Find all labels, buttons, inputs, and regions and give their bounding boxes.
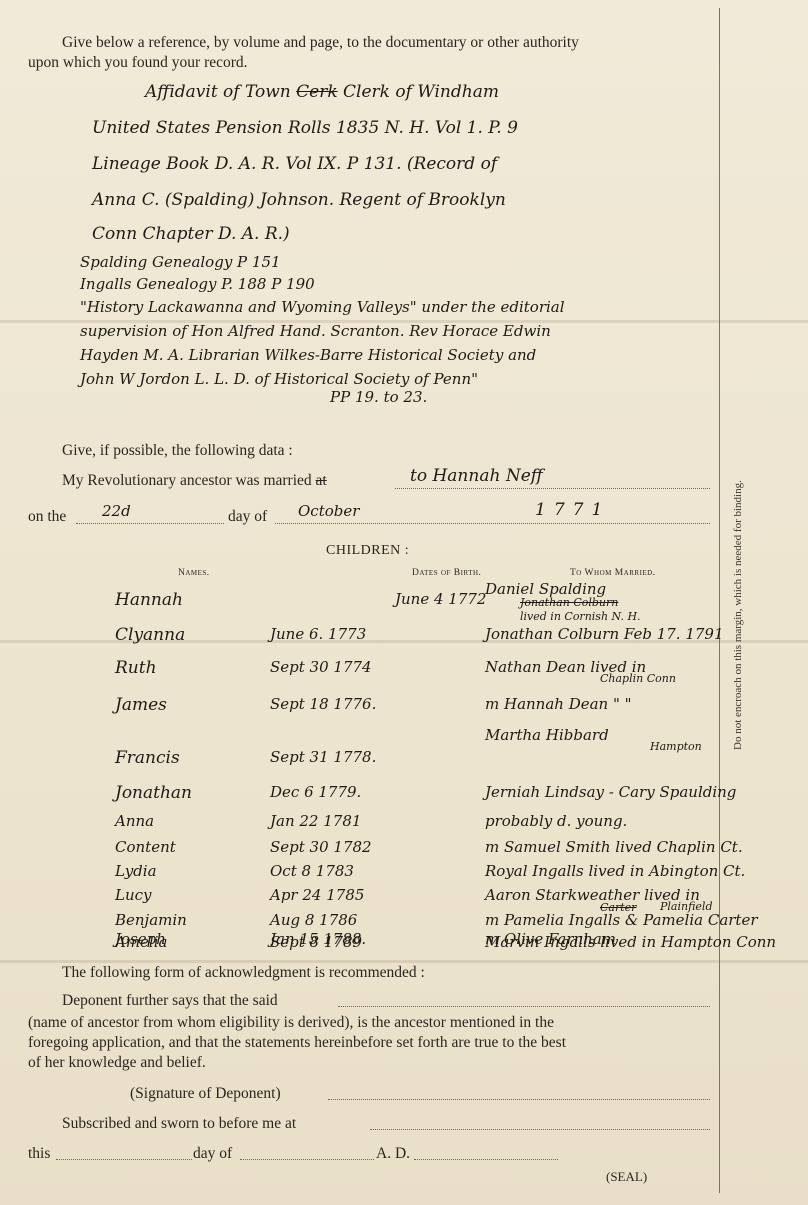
day-value: 22d xyxy=(102,502,131,520)
signature-label: (Signature of Deponent) xyxy=(130,1083,281,1104)
married-label: My Revolutionary ancestor was married at xyxy=(62,470,327,491)
marriage-intro: Give, if possible, the following data : xyxy=(62,440,293,461)
struck-spouse: Carter xyxy=(600,901,636,914)
sworn-label: Subscribed and sworn to before me at xyxy=(62,1113,296,1134)
ref-line-11: John W Jordon L. L. D. of Historical Soc… xyxy=(80,370,478,388)
ref-line-5: Conn Chapter D. A. R.) xyxy=(92,224,290,244)
binding-margin-line xyxy=(719,8,720,1193)
column-header-birth: Dates of Birth. xyxy=(412,568,481,578)
child-name: Benjamin xyxy=(115,911,187,929)
on-the-label: on the xyxy=(28,506,66,527)
struck-word: Cerk xyxy=(296,82,338,102)
sworn-day-field[interactable] xyxy=(56,1159,192,1160)
month-year-field-line[interactable] xyxy=(275,523,710,524)
child-birth-date: June 4 1772 xyxy=(395,590,486,608)
binding-margin-note: Do not encroach on this margin, which is… xyxy=(724,490,754,750)
ref-line-4: Anna C. (Spalding) Johnson. Regent of Br… xyxy=(92,190,506,210)
column-header-names: Names. xyxy=(178,568,210,578)
child-birth-date: Aug 8 1786 xyxy=(270,911,357,929)
child-spouse: probably d. young. xyxy=(485,812,627,830)
spouse-field-line[interactable] xyxy=(395,488,710,489)
sworn-month-field[interactable] xyxy=(240,1159,374,1160)
ref-line-9: supervision of Hon Alfred Hand. Scranton… xyxy=(80,322,551,340)
child-note: Hampton xyxy=(650,740,702,753)
child-name: Francis xyxy=(115,748,180,768)
month-value: October xyxy=(298,502,359,520)
year-value: 1771 xyxy=(535,500,610,520)
child-birth-date: Sept 31 1778. xyxy=(270,748,376,766)
child-name: Anna xyxy=(115,812,154,830)
child-name: Hannah xyxy=(115,590,183,610)
child-note: Chaplin Conn xyxy=(600,672,676,685)
child-name: James xyxy=(115,695,167,715)
seal-label: (SEAL) xyxy=(606,1166,647,1187)
reference-instruction-1: Give below a reference, by volume and pa… xyxy=(62,32,579,53)
ref-line-8: "History Lackawanna and Wyoming Valleys"… xyxy=(80,298,565,316)
child-birth-date: Apr 24 1785 xyxy=(270,886,364,904)
child-spouse: Royal Ingalls lived in Abington Ct. xyxy=(485,862,745,880)
child-name: Jonathan xyxy=(115,783,192,803)
ref-line-6: Spalding Genealogy P 151 xyxy=(80,253,281,271)
child-birth-date: June 6. 1773 xyxy=(270,625,366,643)
child-birth-date: Jan 22 1781 xyxy=(270,812,361,830)
children-title: CHILDREN : xyxy=(326,540,409,561)
ref-line-3: Lineage Book D. A. R. Vol IX. P 131. (Re… xyxy=(92,154,497,174)
struck-spouse: Jonathan Colburn xyxy=(520,596,618,609)
ref-line-2: United States Pension Rolls 1835 N. H. V… xyxy=(92,118,518,138)
this-label: this xyxy=(28,1143,50,1164)
ack-intro: The following form of acknowledgment is … xyxy=(62,962,425,983)
ref-line-12: PP 19. to 23. xyxy=(330,388,427,406)
child-name: Lydia xyxy=(115,862,157,880)
column-header-married: To Whom Married. xyxy=(570,568,656,578)
ad-label: A. D. xyxy=(376,1143,410,1164)
day-of-label: day of xyxy=(228,506,267,527)
child-name: Amelia xyxy=(115,933,167,951)
child-note: lived in Cornish N. H. xyxy=(520,610,641,623)
child-birth-date: Oct 8 1783 xyxy=(270,862,354,880)
sworn-year-field[interactable] xyxy=(414,1159,558,1160)
reference-instruction-2: upon which you found your record. xyxy=(28,52,248,73)
child-birth-date: Sept 30 1782 xyxy=(270,838,372,856)
child-name: Lucy xyxy=(115,886,152,904)
sworn-day-of-label: day of xyxy=(193,1143,232,1164)
child-spouse: Jonathan Colburn Feb 17. 1791 xyxy=(485,625,724,643)
child-name: Ruth xyxy=(115,658,157,678)
day-field-line[interactable] xyxy=(76,523,224,524)
ref-line-10: Hayden M. A. Librarian Wilkes-Barre Hist… xyxy=(80,346,536,364)
child-birth-date: Dec 6 1779. xyxy=(270,783,361,801)
child-spouse: m Samuel Smith lived Chaplin Ct. xyxy=(485,838,743,856)
child-spouse: Martha Hibbard xyxy=(485,726,609,744)
sworn-location-field[interactable] xyxy=(370,1129,710,1130)
struck-at: at xyxy=(316,472,327,489)
child-spouse: Jerniah Lindsay - Cary Spaulding xyxy=(485,783,736,801)
ref-line-7: Ingalls Genealogy P. 188 P 190 xyxy=(80,275,315,293)
child-name: Content xyxy=(115,838,176,856)
child-spouse: Marvin Ingalls lived in Hampton Conn xyxy=(485,933,776,951)
child-birth-date: Sept 30 1774 xyxy=(270,658,372,676)
margin-note-text: Do not encroach on this margin, which is… xyxy=(732,480,744,750)
ancestor-name-field[interactable] xyxy=(338,1006,710,1007)
ack-body-2: foregoing application, and that the stat… xyxy=(28,1032,566,1053)
ack-body-1: (name of ancestor from whom eligibility … xyxy=(28,1012,554,1033)
spouse-value: to Hannah Neff xyxy=(410,466,543,486)
signature-field[interactable] xyxy=(328,1099,710,1100)
ref-line-1: Affidavit of Town Cerk Clerk of Windham xyxy=(145,82,499,102)
deponent-label: Deponent further says that the said xyxy=(62,990,278,1011)
ack-body-3: of her knowledge and belief. xyxy=(28,1052,206,1073)
married-label-text: My Revolutionary ancestor was married xyxy=(62,472,312,489)
child-name: Clyanna xyxy=(115,625,185,645)
child-birth-date: Sept 8 1789 xyxy=(270,933,362,951)
child-birth-date: Sept 18 1776. xyxy=(270,695,376,713)
child-spouse: m Hannah Dean " " xyxy=(485,695,632,713)
